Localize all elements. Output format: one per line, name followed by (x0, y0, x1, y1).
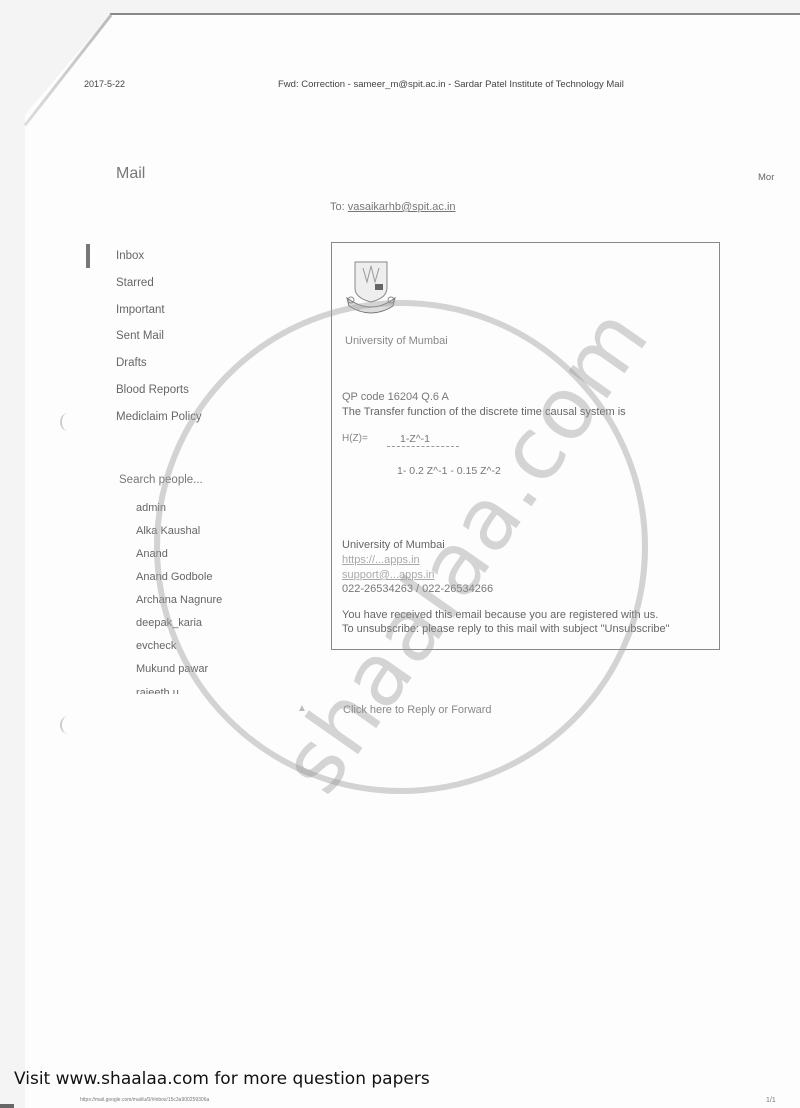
university-crest-icon (345, 258, 397, 314)
signature-phone: 022-26534263 / 022-26534266 (342, 583, 493, 595)
to-prefix: To: (330, 201, 345, 213)
punch-hole-mark (60, 413, 76, 431)
transfer-function-numerator: 1-Z^-1 (400, 433, 430, 445)
fraction-bar (387, 446, 459, 447)
more-button[interactable]: Mor (758, 172, 774, 183)
mail-app-label[interactable]: Mail (116, 165, 145, 183)
reply-icon[interactable]: ▲ (297, 703, 307, 714)
contact-item[interactable]: deepak_karia (136, 615, 222, 638)
signature-name: University of Mumbai (342, 539, 445, 551)
footer-page-number: 1/1 (766, 1097, 776, 1104)
page-edge (110, 13, 800, 15)
signature-website-link[interactable]: https://...apps.in (342, 554, 420, 566)
punch-hole-mark (60, 716, 76, 734)
email-body: University of Mumbai QP code 16204 Q.6 A… (331, 242, 720, 650)
folder-mediclaim-policy[interactable]: Mediclaim Policy (116, 409, 202, 436)
folder-starred[interactable]: Starred (116, 275, 202, 302)
folder-drafts[interactable]: Drafts (116, 355, 202, 382)
folder-list: Inbox Starred Important Sent Mail Drafts… (116, 248, 202, 436)
contact-item[interactable]: rajeeth u (136, 684, 222, 694)
folder-inbox[interactable]: Inbox (116, 248, 202, 275)
active-folder-indicator (86, 244, 90, 268)
folder-blood-reports[interactable]: Blood Reports (116, 382, 202, 409)
contact-item[interactable]: Archana Nagnure (136, 592, 222, 615)
recipient-address-link[interactable]: vasaikarhb@spit.ac.in (348, 201, 456, 213)
folder-important[interactable]: Important (116, 302, 202, 329)
people-list: admin Alka Kaushal Anand Anand Godbole A… (136, 500, 222, 694)
scan-edge-mark (0, 1104, 14, 1108)
footer-visit-text: Visit www.shaalaa.com for more question … (14, 1069, 430, 1089)
footer-print-url: https://mail.google.com/mail/u/0/#inbox/… (80, 1097, 209, 1103)
contact-item[interactable]: evcheck (136, 638, 222, 661)
registration-notice: You have received this email because you… (342, 609, 658, 621)
transfer-function-denominator: 1- 0.2 Z^-1 - 0.15 Z^-2 (397, 465, 501, 477)
signature-email-link[interactable]: support@...apps.in (342, 569, 435, 581)
contact-item[interactable]: Alka Kaushal (136, 523, 222, 546)
recipient-line: To: vasaikarhb@spit.ac.in (330, 201, 456, 213)
contact-item[interactable]: Anand Godbole (136, 569, 222, 592)
contact-item[interactable]: Mukund pawar (136, 661, 222, 684)
contact-item[interactable]: admin (136, 500, 222, 523)
print-date: 2017-5-22 (84, 79, 125, 89)
folder-sent-mail[interactable]: Sent Mail (116, 328, 202, 355)
print-page-title: Fwd: Correction - sameer_m@spit.ac.in - … (278, 79, 624, 90)
question-text: The Transfer function of the discrete ti… (342, 406, 626, 418)
qp-code: QP code 16204 Q.6 A (342, 391, 449, 403)
org-name: University of Mumbai (345, 335, 448, 347)
reply-forward-link[interactable]: Click here to Reply or Forward (343, 704, 492, 716)
contact-item[interactable]: Anand (136, 546, 222, 569)
search-people-input[interactable]: Search people... (119, 474, 203, 486)
unsubscribe-notice: To unsubscribe: please reply to this mai… (342, 623, 670, 635)
transfer-function-label: H(Z)= (342, 433, 368, 444)
